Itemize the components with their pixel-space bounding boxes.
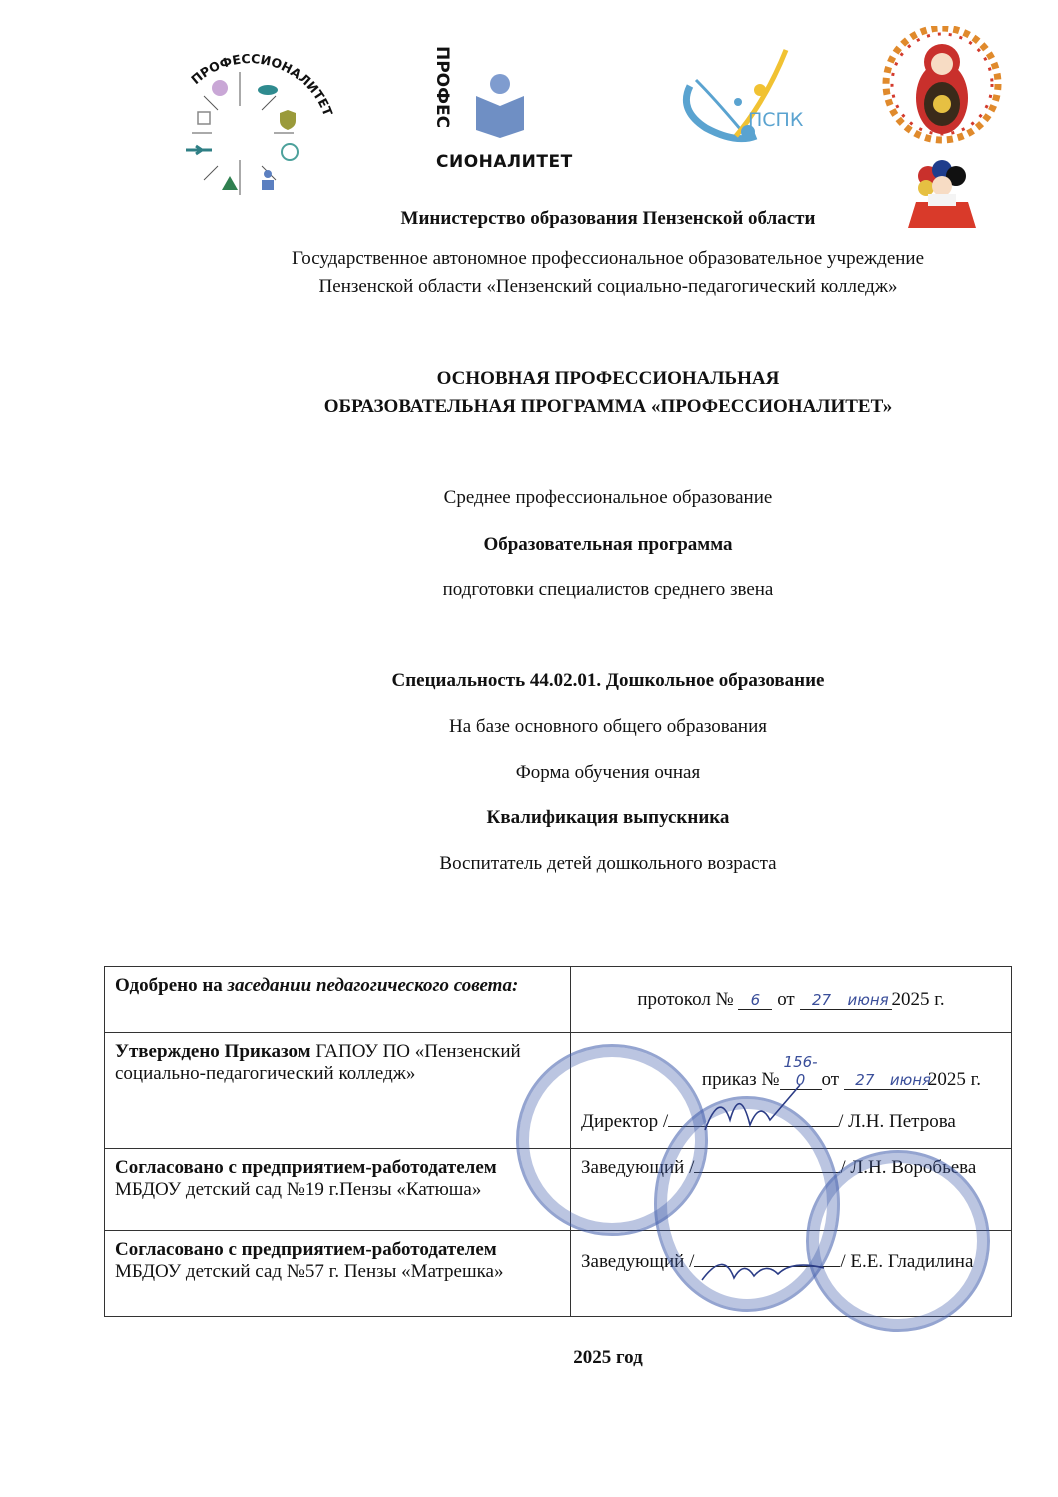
head-name: / Л.Н. Воробьева: [840, 1157, 976, 1178]
approval-row: Утверждено Приказом ГАПОУ ПО «Пензенский…: [105, 1033, 1012, 1149]
logo-arc-text: ПРОФЕССИОНАЛИТЕТ: [188, 51, 336, 118]
approval-row: Согласовано с предприятием-работодателем…: [105, 1149, 1012, 1231]
head-label: Заведующий /: [581, 1157, 694, 1178]
profesionalitet-circle-logo: ПРОФЕССИОНАЛИТЕТ: [178, 40, 348, 205]
approval-label-bold: Одобрено на: [115, 975, 228, 996]
approval-cell-right: протокол № 6 от 27июня2025 г.: [571, 967, 1012, 1033]
qualification-heading: Квалификация выпускника: [0, 807, 1058, 829]
logo-horizontal-text: СИОНАЛИТЕТ: [436, 152, 573, 172]
protocol-day: 27: [800, 991, 844, 1010]
approval-cell-left: Согласовано с предприятием-работодателем…: [105, 1149, 571, 1231]
approval-label-text: МБДОУ детский сад №57 г. Пензы «Матрешка…: [115, 1261, 560, 1283]
title-line-2: ОБРАЗОВАТЕЛЬНАЯ ПРОГРАММА «ПРОФЕССИОНАЛИ…: [0, 396, 1058, 418]
program-heading: Образовательная программа: [0, 534, 1058, 556]
matryoshka-logo: [880, 26, 1010, 231]
director-name: / Л.Н. Петрова: [838, 1111, 956, 1132]
approval-cell-right: Заведующий // Л.Н. Воробьева: [571, 1149, 1012, 1231]
from-label: от: [822, 1069, 840, 1090]
approval-label-bold: Согласовано с предприятием-работодателем: [115, 1239, 560, 1261]
approval-table: Одобрено на заседании педагогического со…: [104, 966, 1012, 1317]
study-basis: На базе основного общего образования: [0, 716, 1058, 738]
approval-row: Одобрено на заседании педагогического со…: [105, 967, 1012, 1033]
head-signature-icon: [694, 1250, 834, 1290]
order-month: июня: [886, 1071, 928, 1090]
director-signature-icon: [700, 1080, 810, 1140]
protocol-year: 2025 г.: [892, 989, 945, 1010]
head-label: Заведующий /: [581, 1251, 694, 1272]
approval-cell-left: Утверждено Приказом ГАПОУ ПО «Пензенский…: [105, 1033, 571, 1149]
approval-label-text: МБДОУ детский сад №19 г.Пензы «Катюша»: [115, 1179, 560, 1201]
profesionalitet-book-logo: ПРОФЕС СИОНАЛИТЕТ: [432, 44, 604, 174]
study-form: Форма обучения очная: [0, 762, 1058, 784]
approval-cell-left: Согласовано с предприятием-работодателем…: [105, 1231, 571, 1317]
pspk-logo: ПСПК: [676, 40, 826, 160]
approval-label-bold: Согласовано с предприятием-работодателем: [115, 1157, 560, 1179]
from-label: от: [777, 989, 795, 1010]
director-label: Директор /: [581, 1111, 668, 1132]
head-name: / Е.Е. Гладилина: [840, 1251, 973, 1272]
reading-person-icon: [472, 74, 532, 139]
institution-line-1: Государственное автономное профессиональ…: [0, 248, 1058, 270]
protocol-number: 6: [738, 991, 772, 1010]
protocol-label: протокол №: [637, 989, 733, 1010]
logo-vertical-text: ПРОФЕС: [434, 46, 450, 128]
ministry-heading: Министерство образования Пензенской обла…: [0, 208, 1058, 230]
education-level: Среднее профессиональное образование: [0, 487, 1058, 509]
qualification: Воспитатель детей дошкольного возраста: [0, 853, 1058, 875]
order-year: 2025 г.: [928, 1069, 981, 1090]
approval-cell-left: Одобрено на заседании педагогического со…: [105, 967, 571, 1033]
approval-label-bold: Утверждено Приказом: [115, 1041, 311, 1062]
institution-line-2: Пензенской области «Пензенский социально…: [0, 276, 1058, 298]
approval-row: Согласовано с предприятием-работодателем…: [105, 1231, 1012, 1317]
order-day: 27: [844, 1071, 886, 1090]
document-year: 2025 год: [0, 1347, 1058, 1369]
specialty: Специальность 44.02.01. Дошкольное образ…: [0, 670, 1058, 692]
title-line-1: ОСНОВНАЯ ПРОФЕССИОНАЛЬНАЯ: [0, 368, 1058, 390]
protocol-month: июня: [844, 991, 892, 1010]
svg-text:ПРОФЕССИОНАЛИТЕТ: ПРОФЕССИОНАЛИТЕТ: [188, 51, 336, 118]
approval-label-italic: заседании педагогического совета:: [228, 975, 519, 996]
program-subheading: подготовки специалистов среднего звена: [0, 579, 1058, 601]
pspk-text: ПСПК: [748, 109, 804, 131]
